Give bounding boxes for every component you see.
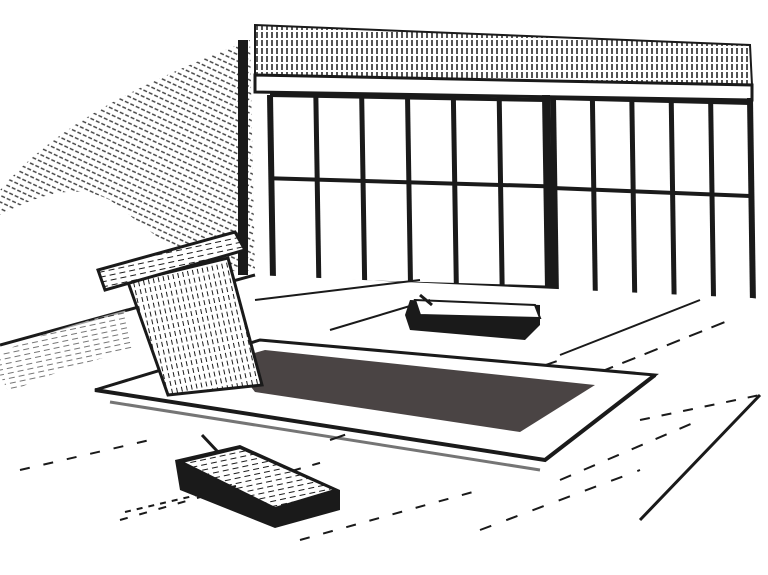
lintel: [255, 25, 752, 100]
illustration: [0, 0, 768, 575]
shoji-window-wall: [270, 95, 753, 306]
